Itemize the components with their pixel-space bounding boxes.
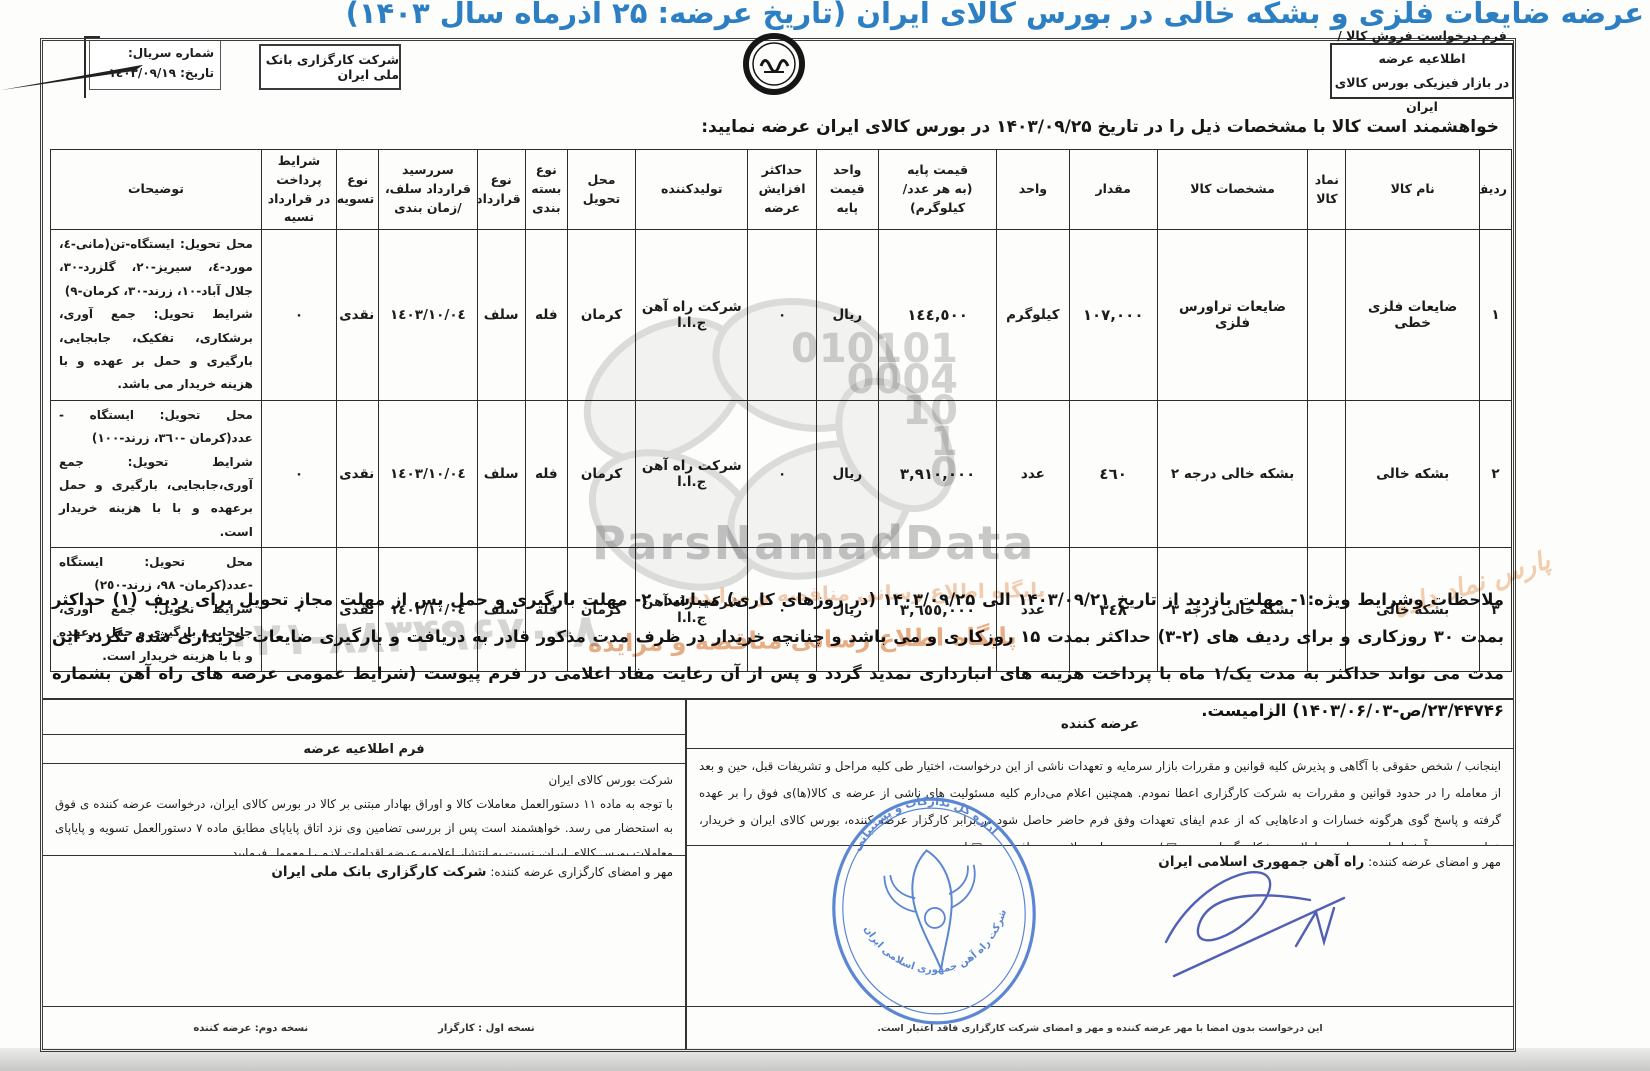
broker-spacer — [43, 700, 685, 735]
column-header: نام کالا — [1346, 150, 1479, 230]
copy-first-label: نسخه اول : کارگزار — [438, 1023, 535, 1034]
cell: ٠ — [261, 230, 336, 401]
broker-signature-row: مهر و امضای کارگزاری عرضه کننده: شرکت کا… — [43, 856, 685, 1006]
cell: کیلوگرم — [997, 230, 1069, 401]
cell: شرکت راه آهن ج.ا.ا — [636, 400, 748, 547]
cell: ١٠٧,٠٠٠ — [1069, 230, 1157, 401]
cell: محل تحویل: ایستگاه-تن(مانی-٤، مورد-٤، سی… — [51, 230, 262, 401]
cell: سلف — [477, 400, 525, 547]
form-type-box: فرم درخواست فروش کالا / اطلاعیه عرضه در … — [1330, 43, 1514, 99]
table-row: ۲بشکه خالیبشکه خالی درجه ۲٤٦٠عدد٣,٩١٠,٠٠… — [51, 400, 1512, 547]
cell: ٤٦٠ — [1069, 400, 1157, 547]
header-row: ردیفنام کالانماد کالامشخصات کالامقدارواح… — [51, 150, 1512, 230]
stamp-text-bottom: شرکت راه آهن جمهوری اسلامی ایران — [861, 907, 1016, 984]
svg-text:شرکت راه آهن جمهوری اسلامی ایر: شرکت راه آهن جمهوری اسلامی ایران — [861, 907, 1016, 984]
column-header: سررسید قرارداد سلف، /زمان بندی — [379, 150, 477, 230]
signature-mark — [1148, 850, 1363, 985]
column-header: ردیف — [1479, 150, 1511, 230]
cell: بشکه خالی درجه ۲ — [1157, 400, 1308, 547]
cell: ۱ — [1479, 230, 1511, 401]
broker-sign-label: مهر و امضای کارگزاری عرضه کننده: — [490, 865, 673, 879]
cell: ۲ — [1479, 400, 1511, 547]
cell: ٠ — [748, 400, 816, 547]
cell: ١٤٠٣/١٠/٠٤ — [379, 400, 477, 547]
special-terms-lead: ملاحظات وشرایط ویژه:۱- — [1291, 590, 1504, 609]
cell: کرمان — [567, 400, 635, 547]
column-header: واحد — [997, 150, 1069, 230]
broker-name-box: شرکت کارگزاری بانک ملی ایران — [259, 44, 401, 90]
broker-column: فرم اطلاعیه عرضه شرکت بورس کالای ایران ب… — [43, 700, 685, 1049]
cell: فله — [525, 400, 567, 547]
supplier-header: عرضه کننده — [687, 700, 1513, 749]
cell: ضایعات تراورس فلزی — [1157, 230, 1308, 401]
cell: نقدی — [337, 400, 379, 547]
cell: نقدی — [337, 230, 379, 401]
signature-section: عرضه کننده اینجانب / شخص حقوقی با آگاهی … — [43, 698, 1513, 1049]
column-header: حداکثر افزایش عرضه — [748, 150, 816, 230]
column-header: تولیدکننده — [636, 150, 748, 230]
column-header: نوع بسته بندی — [525, 150, 567, 230]
railway-stamp: اداره کل تدارکات و پشتیبانی شرکت راه آهن… — [811, 780, 1056, 1043]
cell: ١٤٠٣/١٠/٠٤ — [379, 230, 477, 401]
cell: ٣,٩١٠,٠٠٠ — [878, 400, 996, 547]
table-row: ۱ضایعات فلزی خطیضایعات تراورس فلزی١٠٧,٠٠… — [51, 230, 1512, 401]
broker-form-header: فرم اطلاعیه عرضه — [43, 735, 685, 764]
column-header: محل تحویل — [567, 150, 635, 230]
broker-sign-name: شرکت کارگزاری بانک ملی ایران — [271, 864, 486, 880]
request-line: خواهشمند است کالا با مشخصات ذیل را در تا… — [701, 117, 1499, 137]
column-header: قیمت پایه (به هر عدد/کیلوگرم) — [878, 150, 996, 230]
cell: ریال — [816, 230, 878, 401]
copies-row: نسخه اول : کارگزار نسخه دوم: عرضه کننده — [43, 1006, 685, 1049]
cell: محل تحویل: ایستگاه - عدد(کرمان -٣٦٠، زرن… — [51, 400, 262, 547]
broker-request-text: شرکت بورس کالای ایران با توجه به ماده ۱۱… — [43, 764, 685, 856]
cell — [1308, 230, 1346, 401]
cell: شرکت راه آهن ج.ا.ا — [636, 230, 748, 401]
cell: فله — [525, 230, 567, 401]
column-header: توضیحات — [51, 150, 262, 230]
column-header: مقدار — [1069, 150, 1157, 230]
column-header: نوع قرارداد — [477, 150, 525, 230]
supplier-signature-row: مهر و امضای عرضه کننده: راه آهن جمهوری ا… — [687, 846, 1513, 1006]
supplier-declaration: اینجانب / شخص حقوقی با آگاهی و پذیرش کلی… — [687, 749, 1513, 846]
supplier-sign-label: مهر و امضای عرضه کننده: — [1368, 855, 1501, 869]
cell: ١٤٤,٥٠٠ — [878, 230, 996, 401]
validity-note: این درخواست بدون امضا با مهر عرضه کننده … — [687, 1006, 1513, 1049]
cell — [1308, 400, 1346, 547]
serial-box: شماره سریال: تاریخ: ١٤٠٣/٠٩/١٩ — [89, 41, 221, 90]
cell: کرمان — [567, 230, 635, 401]
serial-label: شماره سریال: — [96, 43, 214, 63]
column-header: نوع تسویه — [337, 150, 379, 230]
cell: سلف — [477, 230, 525, 401]
cell: ٠ — [261, 400, 336, 547]
form-type-line2: در بازار فیزیکی بورس کالای ایران — [1332, 71, 1512, 119]
column-header: واحد قیمت پایه — [816, 150, 878, 230]
cell: ٠ — [748, 230, 816, 401]
column-header: شرایط پرداخت در قرارداد نسیه — [261, 150, 336, 230]
column-header: نماد کالا — [1308, 150, 1346, 230]
form-type-line1: فرم درخواست فروش کالا / اطلاعیه عرضه — [1332, 24, 1512, 72]
railway-emblem-icon — [741, 31, 807, 97]
cell: ضایعات فلزی خطی — [1346, 230, 1479, 401]
cell: عدد — [997, 400, 1069, 547]
cell: بشکه خالی — [1346, 400, 1479, 547]
column-header: مشخصات کالا — [1157, 150, 1308, 230]
form-frame: فرم درخواست فروش کالا / اطلاعیه عرضه در … — [40, 38, 1516, 1052]
cell: ریال — [816, 400, 878, 547]
supplier-column: عرضه کننده اینجانب / شخص حقوقی با آگاهی … — [685, 700, 1513, 1049]
copy-second-label: نسخه دوم: عرضه کننده — [193, 1023, 308, 1034]
scanned-offer-form: 01010100041010 ParsNamadData پایگاه اطلا… — [0, 0, 1650, 1071]
